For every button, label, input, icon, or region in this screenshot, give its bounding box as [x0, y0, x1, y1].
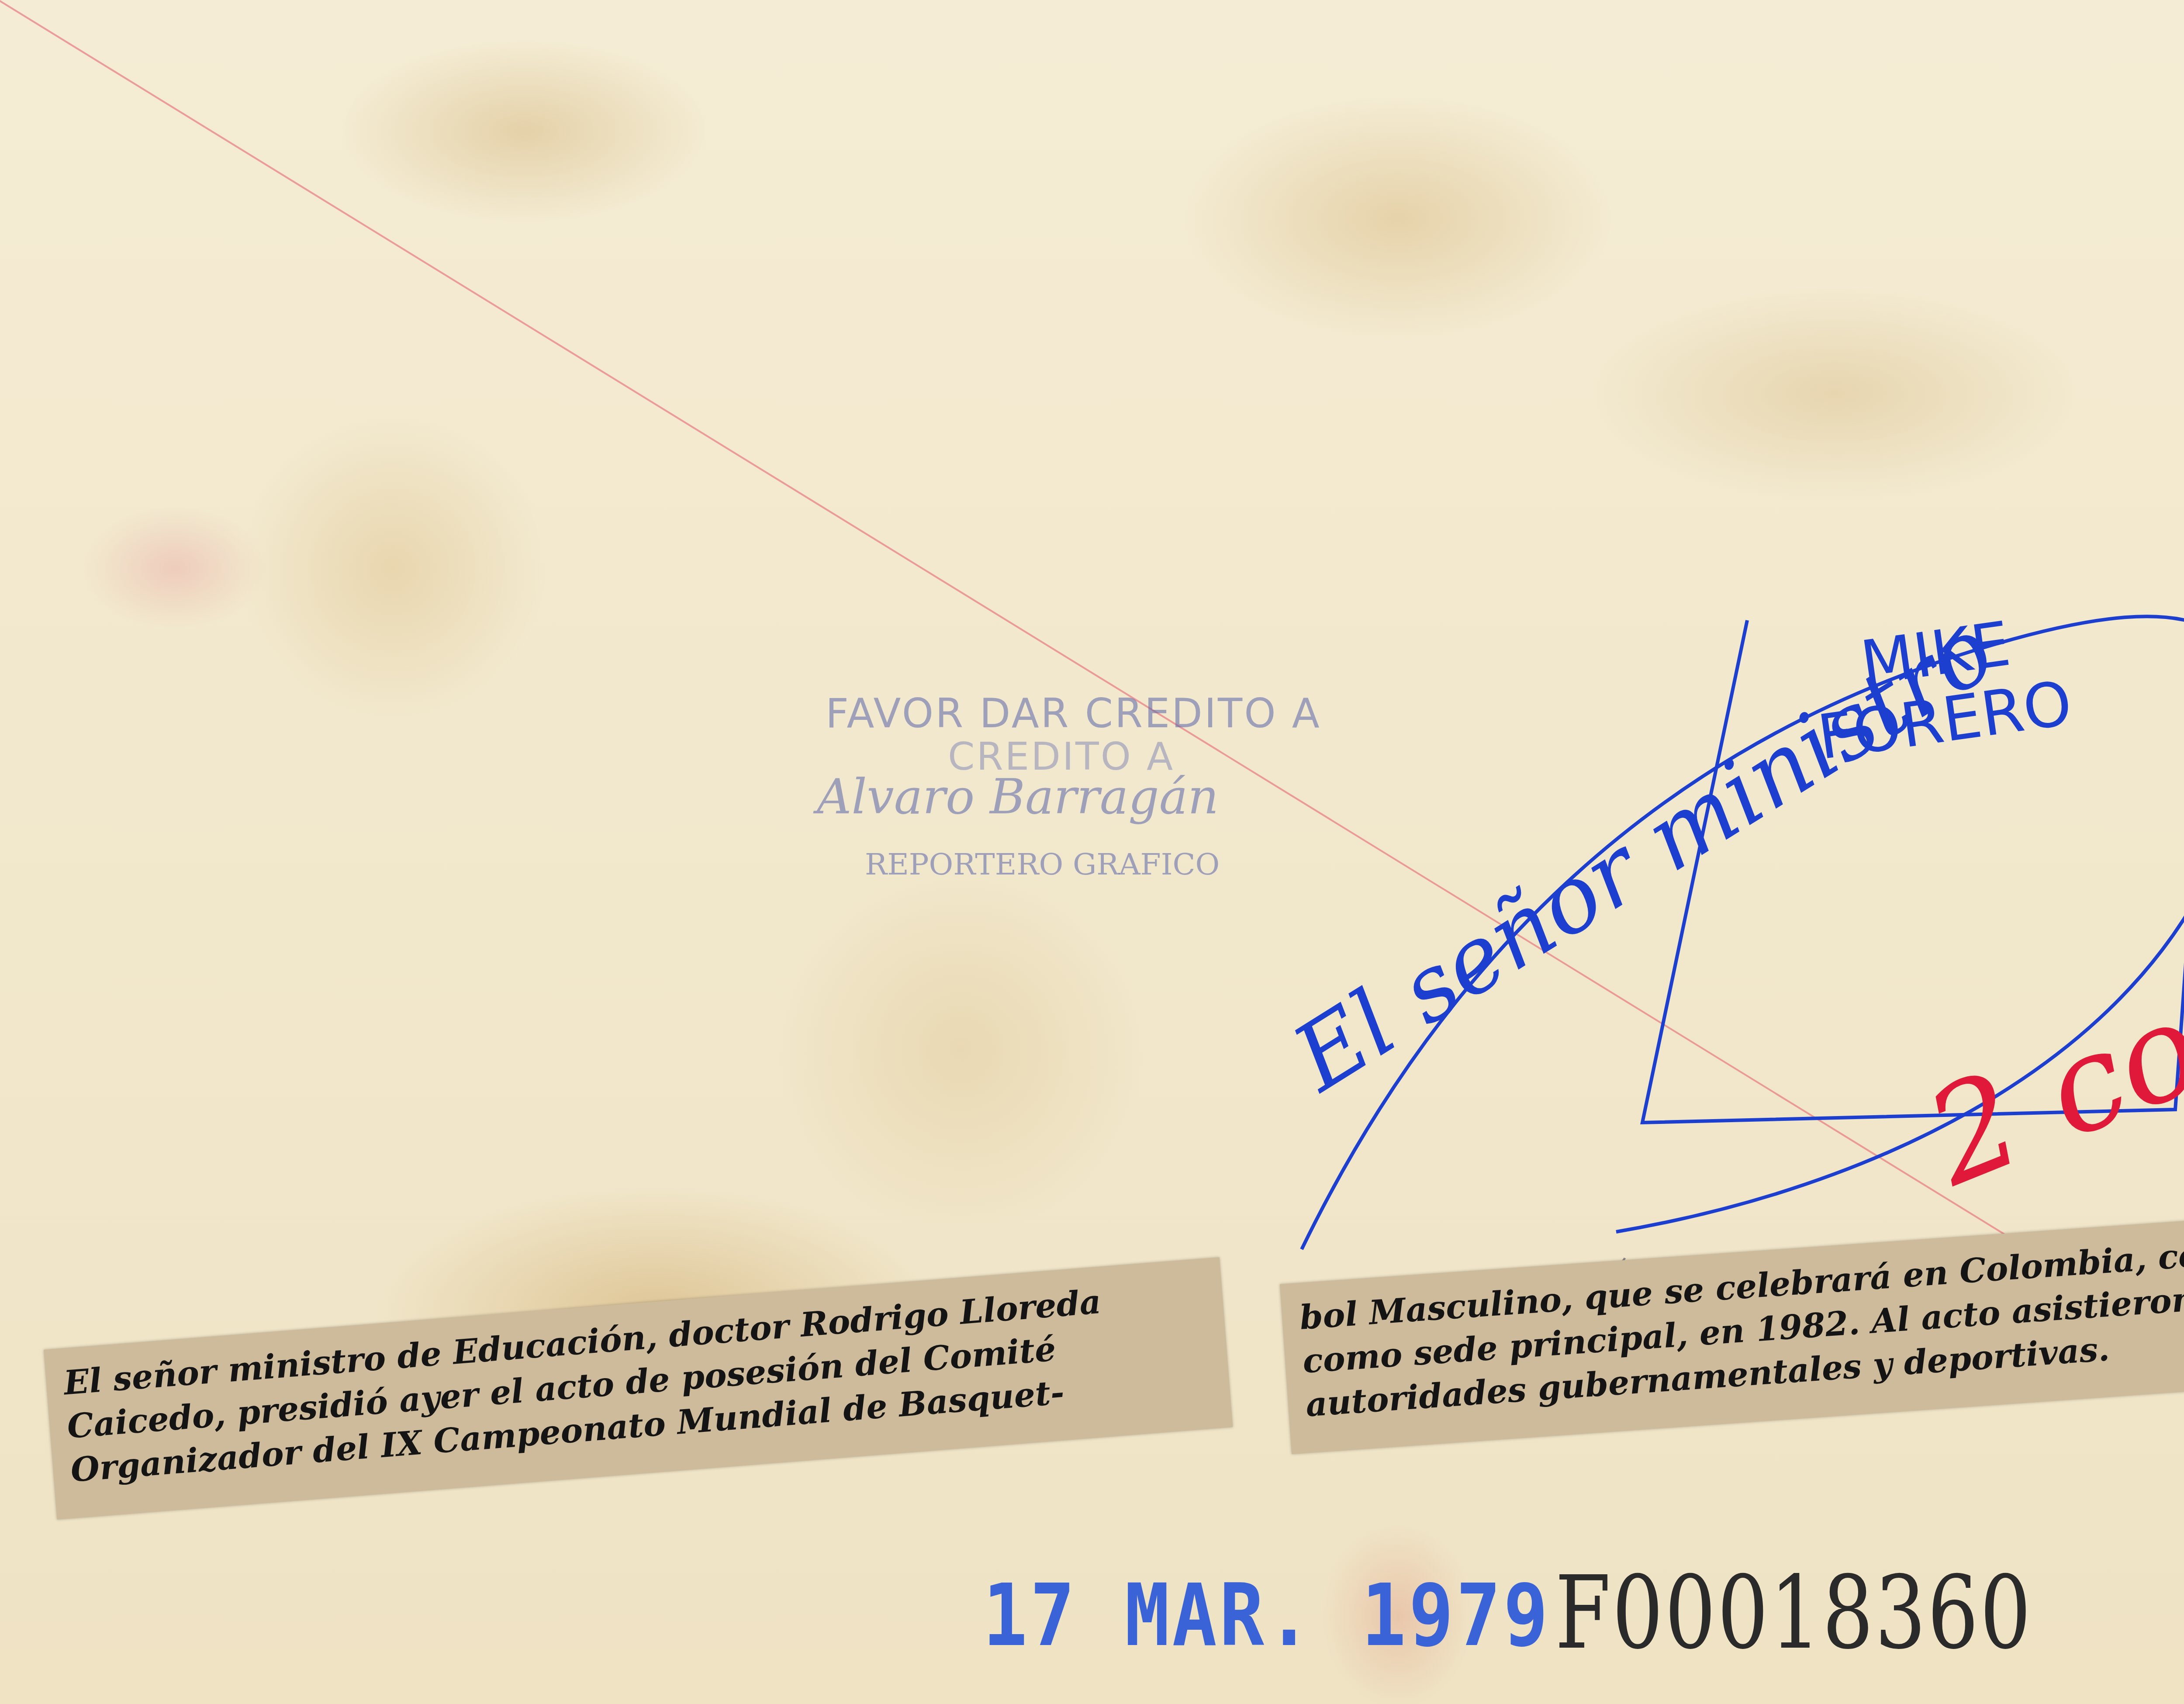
- date-stamp: 17 MAR. 1979: [983, 1566, 1551, 1666]
- archive-id: F00018360: [1555, 1555, 2032, 1672]
